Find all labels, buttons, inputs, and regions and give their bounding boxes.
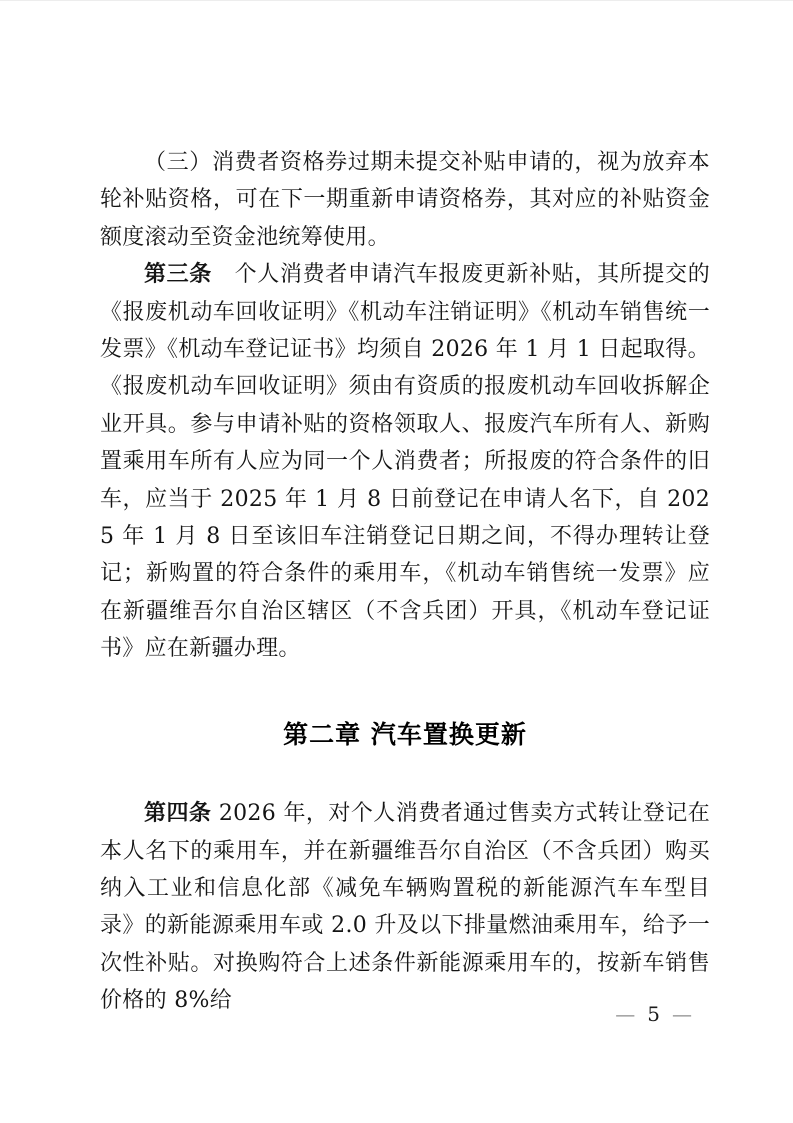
text-run: 个人消费者申请汽车报废更新补贴，其所提交的《报废机动车回收证明》《机动车注销证明… <box>100 262 710 661</box>
footer-dash-left: — <box>615 1002 635 1026</box>
footer-dash-right: — <box>672 1002 692 1026</box>
text-run: （三）消费者资格券过期未提交补贴申请的，视为放弃本轮补贴资格，可在下一期重新申请… <box>100 150 710 250</box>
article-number-label: 第三条 <box>144 261 212 287</box>
paragraph-article-4: 第四条 2026 年，对个人消费者通过售卖方式转让登记在本人名下的乘用车，并在新… <box>100 795 710 1019</box>
chapter-heading: 第二章 汽车置换更新 <box>100 716 710 753</box>
paragraph-clause-item-3: （三）消费者资格券过期未提交补贴申请的，视为放弃本轮补贴资格，可在下一期重新申请… <box>100 144 710 256</box>
document-page: （三）消费者资格券过期未提交补贴申请的，视为放弃本轮补贴资格，可在下一期重新申请… <box>0 0 793 1123</box>
page-footer: —5— <box>0 1002 692 1026</box>
page-number: 5 <box>647 1002 660 1026</box>
document-body: （三）消费者资格券过期未提交补贴申请的，视为放弃本轮补贴资格，可在下一期重新申请… <box>100 144 710 1020</box>
paragraph-article-3: 第三条 个人消费者申请汽车报废更新补贴，其所提交的《报废机动车回收证明》《机动车… <box>100 256 710 667</box>
article-number-label: 第四条 <box>144 800 211 826</box>
text-run: 2026 年，对个人消费者通过售卖方式转让登记在本人名下的乘用车，并在新疆维吾尔… <box>100 801 710 1013</box>
